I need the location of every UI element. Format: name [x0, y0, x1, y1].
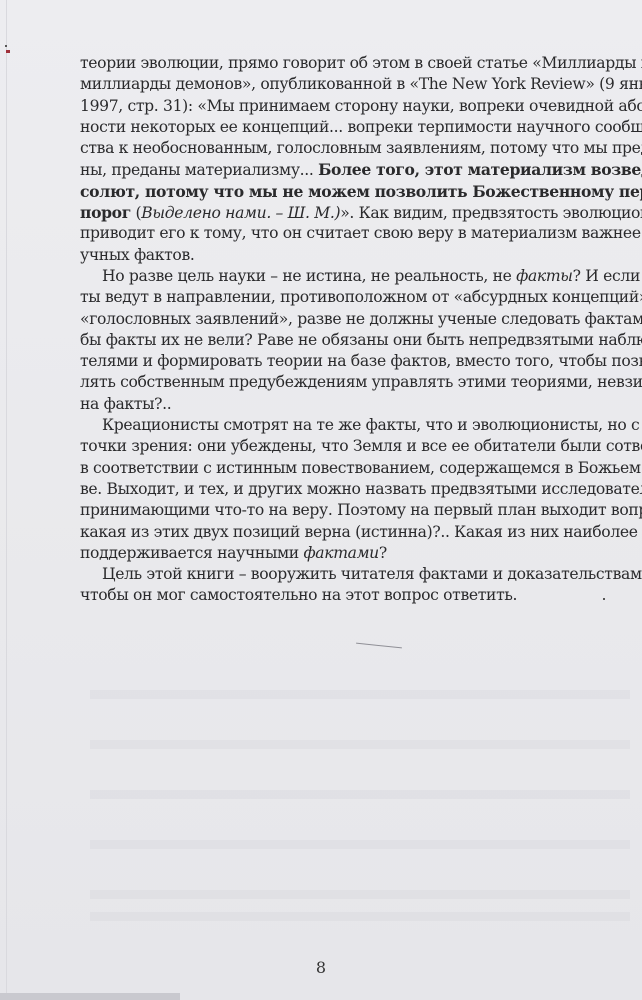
text-line: принимающими что-то на веру. Поэтому на …	[80, 500, 642, 521]
scan-edge-shadow	[0, 993, 180, 1000]
text-segment: «голословных заявлений», разве не должны…	[80, 310, 642, 328]
text-line: ве. Выходит, и тех, и других можно назва…	[80, 479, 642, 500]
text-segment: ны, преданы материализму...	[80, 161, 318, 179]
text-segment: ве. Выходит, и тех, и других можно назва…	[80, 480, 642, 498]
text-line: ны, преданы материализму... Более того, …	[80, 159, 642, 180]
text-segment: Но разве цель науки – не истина, не реал…	[102, 267, 516, 285]
text-line: миллиарды демонов», опубликованной в «Th…	[80, 74, 642, 95]
text-segment: телями и формировать теории на базе факт…	[80, 352, 642, 370]
text-segment: приводит его к тому, что он считает свою…	[80, 224, 642, 242]
text-segment: какая из этих двух позиций верна (истинн…	[80, 523, 642, 541]
text-segment: ства к необоснованным, голословным заявл…	[80, 139, 642, 157]
text-line: на факты?..	[80, 394, 642, 415]
text-segment: Выделено нами. – Ш. М.)	[141, 204, 340, 222]
bleed-through-text	[90, 790, 630, 799]
text-segment: факты	[516, 267, 573, 285]
text-line: телями и формировать теории на базе факт…	[80, 351, 642, 372]
text-line: приводит его к тому, что он считает свою…	[80, 223, 642, 244]
text-line: в соответствии с истинным повествованием…	[80, 458, 642, 479]
text-line: лять собственным предубеждениям управлят…	[80, 372, 642, 393]
text-segment: чтобы он мог самостоятельно на этот вопр…	[80, 586, 517, 604]
text-segment: ? И если фак-	[573, 267, 642, 285]
stray-pen-mark	[356, 643, 402, 649]
book-page: теории эволюции, прямо говорит об этом в…	[0, 0, 642, 1000]
text-segment: поддерживается научными	[80, 544, 303, 562]
text-segment: 1997, стр. 31): «Мы принимаем сторону на…	[80, 97, 642, 115]
text-line: теории эволюции, прямо говорит об этом в…	[80, 53, 642, 74]
text-segment: ности некоторых ее концепций... вопреки …	[80, 118, 642, 136]
text-segment: ?	[379, 544, 387, 562]
text-segment: ». Как видим, предвзятость эволюциониста	[340, 204, 642, 222]
text-line: ты ведут в направлении, противоположном …	[80, 287, 642, 308]
text-segment: миллиарды демонов», опубликованной в «Th…	[80, 75, 642, 93]
text-line: Цель этой книги – вооружить читателя фак…	[80, 564, 642, 585]
text-segment: лять собственным предубеждениям управлят…	[80, 373, 642, 391]
body-text: теории эволюции, прямо говорит об этом в…	[80, 53, 642, 607]
text-segment: порог	[80, 203, 131, 222]
bleed-through-text	[90, 912, 630, 921]
text-segment: ты ведут в направлении, противоположном …	[80, 288, 642, 306]
text-segment: принимающими что-то на веру. Поэтому на …	[80, 501, 642, 519]
text-segment: теории эволюции, прямо говорит об этом в…	[80, 54, 642, 72]
text-line: бы факты их не вели? Раве не обязаны они…	[80, 330, 642, 351]
text-line: ности некоторых ее концепций... вопреки …	[80, 117, 642, 138]
bleed-through-text	[90, 890, 630, 899]
text-line: точки зрения: они убеждены, что Земля и …	[80, 436, 642, 457]
text-line: солют, потому что мы не можем позволить …	[80, 181, 642, 202]
text-line: ства к необоснованным, голословным заявл…	[80, 138, 642, 159]
text-segment: точки зрения: они убеждены, что Земля и …	[80, 437, 642, 455]
bleed-through-text	[90, 690, 630, 699]
text-segment: (	[131, 204, 141, 222]
text-line: 1997, стр. 31): «Мы принимаем сторону на…	[80, 96, 642, 117]
bleed-through-text	[90, 740, 630, 749]
margin-color-mark	[6, 50, 10, 53]
page-number: 8	[0, 958, 642, 977]
text-line: порог (Выделено нами. – Ш. М.)». Как вид…	[80, 202, 642, 223]
bleed-through-text	[90, 840, 630, 849]
stray-dot	[603, 598, 605, 600]
text-line: Но разве цель науки – не истина, не реал…	[80, 266, 642, 287]
text-segment: солют, потому что мы не можем позволить …	[80, 182, 642, 201]
text-segment: учных фактов.	[80, 246, 195, 264]
text-segment: Более того, этот материализм возведен в …	[318, 160, 642, 179]
text-segment: в соответствии с истинным повествованием…	[80, 459, 642, 477]
margin-dot	[5, 45, 7, 47]
text-segment: бы факты их не вели? Раве не обязаны они…	[80, 331, 642, 349]
text-segment: фактами	[303, 544, 378, 562]
text-line: какая из этих двух позиций верна (истинн…	[80, 522, 642, 543]
text-segment: на факты?..	[80, 395, 171, 413]
text-line: чтобы он мог самостоятельно на этот вопр…	[80, 585, 642, 606]
text-line: учных фактов.	[80, 245, 642, 266]
page-edge-line	[6, 0, 7, 1000]
text-segment: Креационисты смотрят на те же факты, что…	[102, 416, 642, 434]
text-line: Креационисты смотрят на те же факты, что…	[80, 415, 642, 436]
text-segment: Цель этой книги – вооружить читателя фак…	[102, 565, 642, 583]
text-line: поддерживается научными фактами?	[80, 543, 642, 564]
text-line: «голословных заявлений», разве не должны…	[80, 309, 642, 330]
